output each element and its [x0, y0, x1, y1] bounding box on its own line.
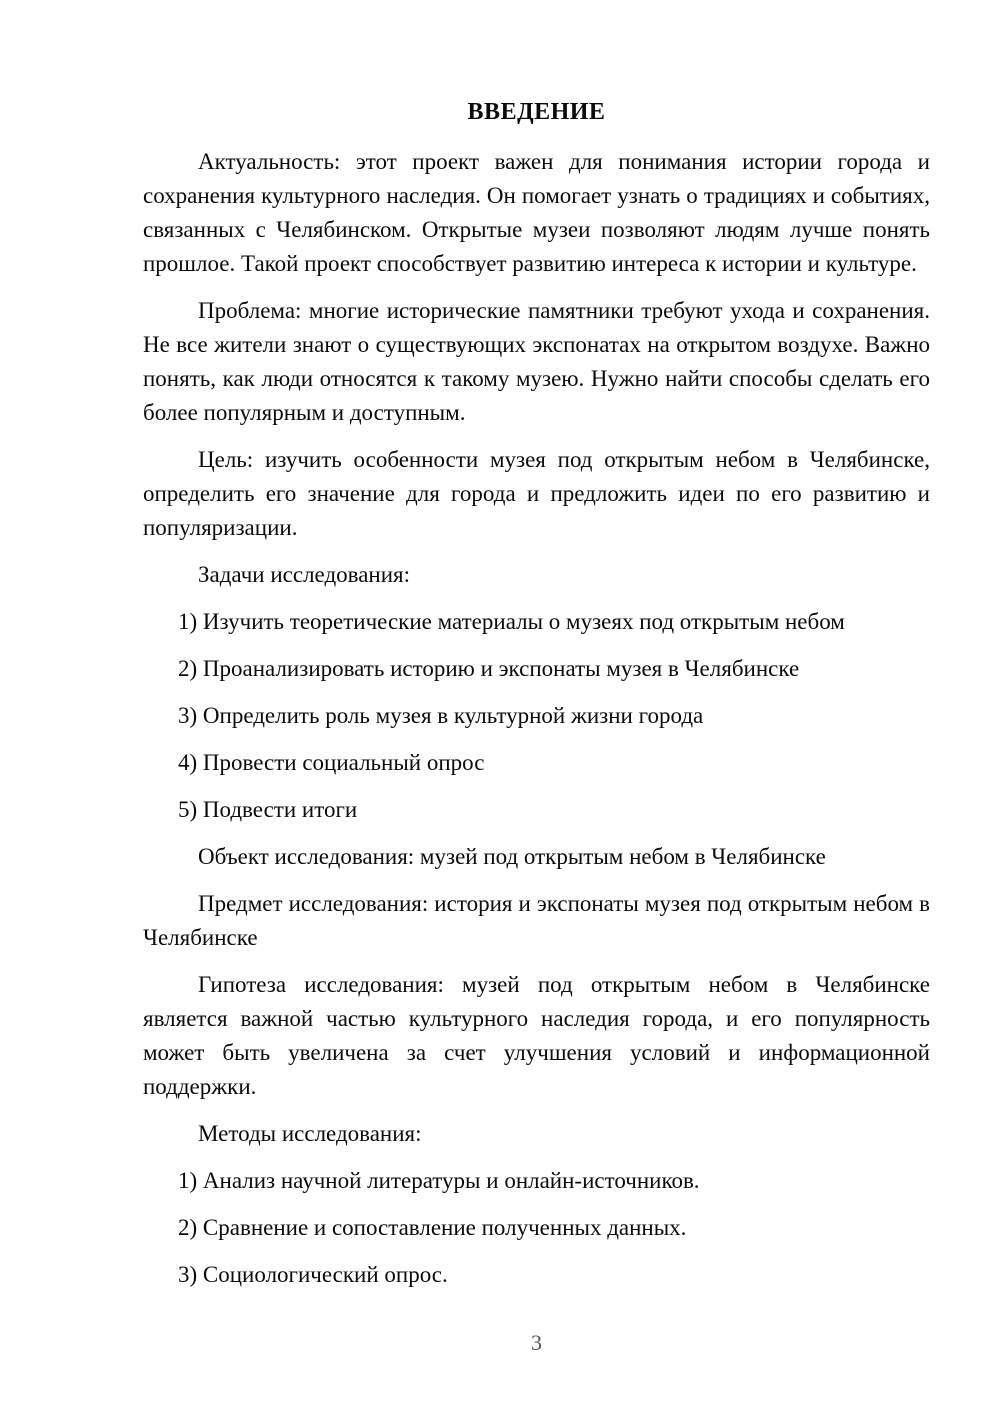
method-item-2: 2) Сравнение и сопоставление полученных … — [143, 1211, 930, 1245]
method-item-1: 1) Анализ научной литературы и онлайн-ис… — [143, 1164, 930, 1198]
paragraph-relevance: Актуальность: этот проект важен для пони… — [143, 145, 930, 281]
paragraph-object: Объект исследования: музей под открытым … — [143, 840, 930, 874]
method-item-3: 3) Социологический опрос. — [143, 1258, 930, 1292]
methods-heading: Методы исследования: — [143, 1117, 930, 1151]
page-number: 3 — [143, 1328, 930, 1358]
document-page: ВВЕДЕНИЕ Актуальность: этот проект важен… — [0, 0, 1000, 1414]
task-item-3: 3) Определить роль музея в культурной жи… — [143, 699, 930, 733]
page-title: ВВЕДЕНИЕ — [143, 94, 930, 130]
paragraph-problem: Проблема: многие исторические памятники … — [143, 294, 930, 430]
task-item-1: 1) Изучить теоретические материалы о муз… — [143, 605, 930, 639]
paragraph-subject: Предмет исследования: история и экспонат… — [143, 887, 930, 955]
page-content: ВВЕДЕНИЕ Актуальность: этот проект важен… — [143, 94, 930, 1305]
paragraph-goal: Цель: изучить особенности музея под откр… — [143, 443, 930, 545]
paragraph-hypothesis: Гипотеза исследования: музей под открыты… — [143, 968, 930, 1104]
tasks-heading: Задачи исследования: — [143, 558, 930, 592]
task-item-5: 5) Подвести итоги — [143, 793, 930, 827]
task-item-4: 4) Провести социальный опрос — [143, 746, 930, 780]
task-item-2: 2) Проанализировать историю и экспонаты … — [143, 652, 930, 686]
